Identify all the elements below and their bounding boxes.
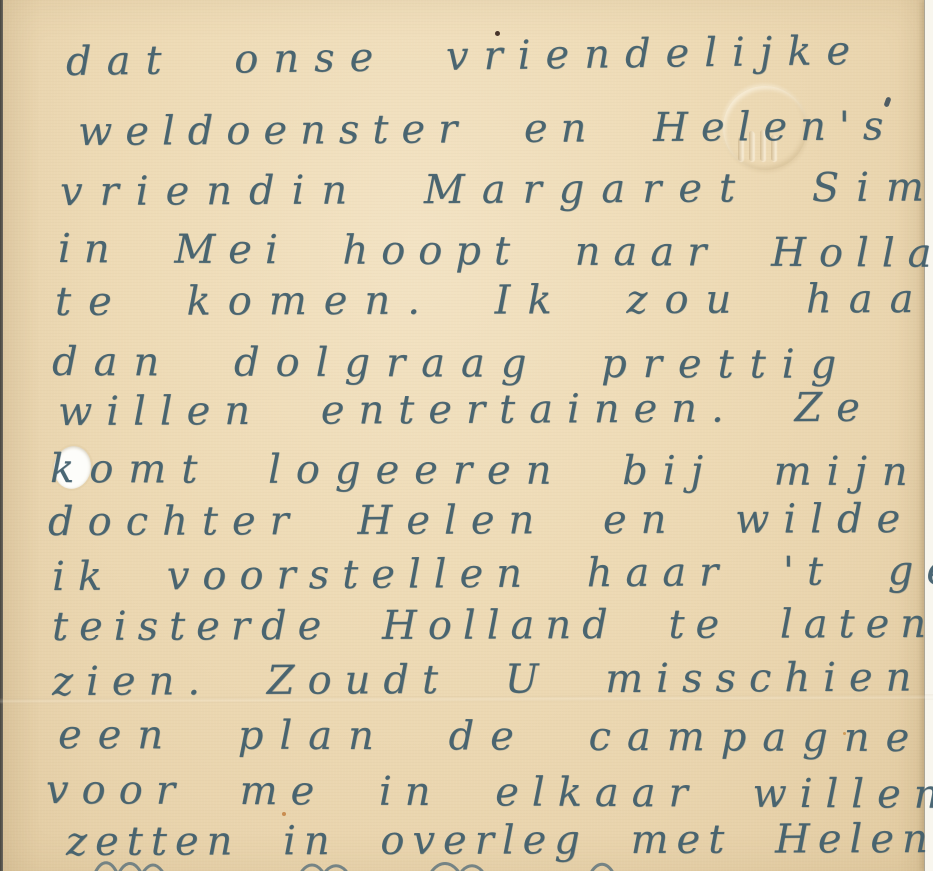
handwriting-line-3: vriendin Margaret Sims bbox=[60, 164, 933, 215]
handwriting-line-2: weldoenster en Helen's bbox=[78, 103, 897, 155]
handwriting-line-9: dochter Helen en wilde bbox=[48, 496, 914, 545]
cutoff-line-strokes bbox=[92, 856, 652, 871]
handwriting-line-6: dan dolgraag prettig bbox=[52, 339, 852, 388]
scan-edge-left bbox=[0, 0, 3, 871]
handwriting-line-10: ik voorstellen haar 't ge bbox=[52, 548, 933, 600]
letter-scan: dat onse vriendelijke weldoenster en Hel… bbox=[0, 0, 933, 871]
handwriting-line-12: zien. Zoudt U misschien bbox=[52, 654, 925, 705]
handwriting-line-4: in Mei hoopt naar Holland bbox=[58, 226, 933, 277]
handwriting-line-5: te komen. Ik zou haar bbox=[55, 276, 933, 325]
handwriting-line-8: komt logeeren bij mijn bbox=[50, 446, 923, 495]
handwriting-line-14: voor me in elkaar willen bbox=[46, 767, 933, 818]
handwriting-line-7: willen entertainen. Ze bbox=[58, 385, 874, 435]
handwriting-line-11: teisterde Holland te laten bbox=[52, 601, 933, 650]
handwriting-line-13: een plan de campagne bbox=[58, 712, 925, 761]
scan-edge-right bbox=[924, 0, 933, 871]
